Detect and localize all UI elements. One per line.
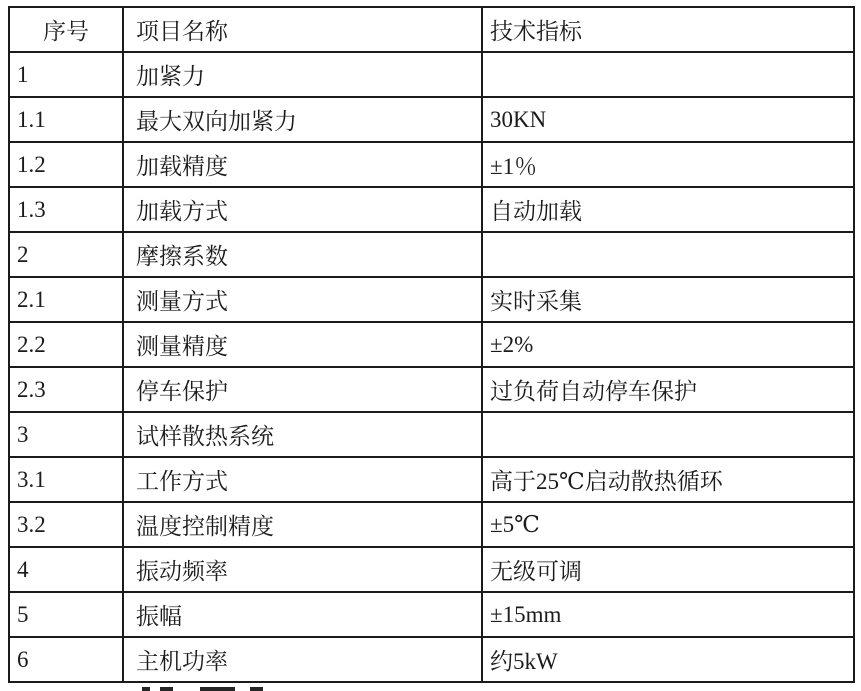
table-row: 5振幅±15mm	[9, 592, 854, 637]
cell-tech-spec: ±2%	[482, 322, 854, 367]
cell-index: 2	[9, 232, 123, 277]
cell-tech-spec	[482, 232, 854, 277]
table-row: 1.3加载方式自动加载	[9, 187, 854, 232]
table-row: 6主机功率约5kW	[9, 637, 854, 682]
table-row: 3.1工作方式高于25℃启动散热循环	[9, 457, 854, 502]
cell-tech-spec: ±5℃	[482, 502, 854, 547]
cell-index: 1	[9, 52, 123, 97]
cell-item-name: 振动频率	[123, 547, 482, 592]
table-row: 3试样散热系统	[9, 412, 854, 457]
cell-index: 2.2	[9, 322, 123, 367]
header-tech-spec: 技术指标	[482, 7, 854, 52]
cell-item-name: 加载方式	[123, 187, 482, 232]
cell-index: 1.3	[9, 187, 123, 232]
spec-table-body: 1加紧力1.1最大双向加紧力30KN1.2加载精度±1％1.3加载方式自动加载2…	[9, 52, 854, 682]
cell-index: 1.1	[9, 97, 123, 142]
cell-index: 4	[9, 547, 123, 592]
cell-tech-spec	[482, 412, 854, 457]
clipped-text-fragment	[142, 687, 272, 691]
cell-index: 6	[9, 637, 123, 682]
cell-item-name: 加载精度	[123, 142, 482, 187]
table-row: 4振动频率无级可调	[9, 547, 854, 592]
table-row: 1.1最大双向加紧力30KN	[9, 97, 854, 142]
table-row: 2.3停车保护过负荷自动停车保护	[9, 367, 854, 412]
cell-tech-spec: 高于25℃启动散热循环	[482, 457, 854, 502]
cell-tech-spec: ±1％	[482, 142, 854, 187]
header-index: 序号	[9, 7, 123, 52]
table-row: 2摩擦系数	[9, 232, 854, 277]
cell-tech-spec: ±15mm	[482, 592, 854, 637]
cell-item-name: 振幅	[123, 592, 482, 637]
cell-tech-spec: 自动加载	[482, 187, 854, 232]
cell-tech-spec: 无级可调	[482, 547, 854, 592]
cell-index: 3	[9, 412, 123, 457]
cell-tech-spec	[482, 52, 854, 97]
cell-item-name: 摩擦系数	[123, 232, 482, 277]
table-row: 1.2加载精度±1％	[9, 142, 854, 187]
cell-index: 5	[9, 592, 123, 637]
cell-item-name: 测量精度	[123, 322, 482, 367]
cell-item-name: 测量方式	[123, 277, 482, 322]
table-row: 3.2温度控制精度±5℃	[9, 502, 854, 547]
cell-item-name: 最大双向加紧力	[123, 97, 482, 142]
cell-index: 3.1	[9, 457, 123, 502]
cell-item-name: 主机功率	[123, 637, 482, 682]
cell-tech-spec: 30KN	[482, 97, 854, 142]
cell-item-name: 加紧力	[123, 52, 482, 97]
cell-tech-spec: 约5kW	[482, 637, 854, 682]
cell-item-name: 工作方式	[123, 457, 482, 502]
cell-index: 1.2	[9, 142, 123, 187]
table-row: 1加紧力	[9, 52, 854, 97]
cell-item-name: 试样散热系统	[123, 412, 482, 457]
cell-index: 2.1	[9, 277, 123, 322]
cell-tech-spec: 实时采集	[482, 277, 854, 322]
cell-index: 3.2	[9, 502, 123, 547]
table-row: 2.1测量方式实时采集	[9, 277, 854, 322]
header-row: 序号 项目名称 技术指标	[9, 7, 854, 52]
table-row: 2.2测量精度±2%	[9, 322, 854, 367]
technical-spec-table: 序号 项目名称 技术指标 1加紧力1.1最大双向加紧力30KN1.2加载精度±1…	[8, 6, 855, 683]
header-item-name: 项目名称	[123, 7, 482, 52]
cell-item-name: 温度控制精度	[123, 502, 482, 547]
cell-index: 2.3	[9, 367, 123, 412]
cell-tech-spec: 过负荷自动停车保护	[482, 367, 854, 412]
cell-item-name: 停车保护	[123, 367, 482, 412]
